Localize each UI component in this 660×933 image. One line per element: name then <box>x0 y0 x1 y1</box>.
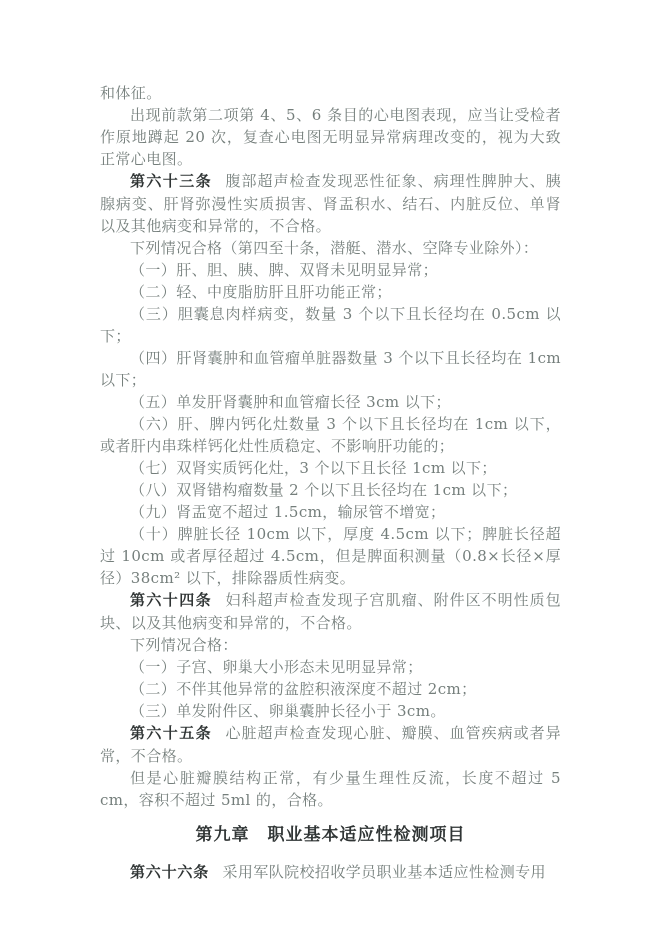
paragraph: （四）肝肾囊肿和血管瘤单脏器数量 3 个以下且长径均在 1cm 以下； <box>100 347 561 391</box>
paragraph: 出现前款第二项第 4、5、6 条目的心电图表现，应当让受检者作原地蹲起 20 次… <box>100 104 561 170</box>
paragraph: （二）轻、中度脂肪肝且肝功能正常； <box>100 281 561 303</box>
paragraph: 下列情况合格： <box>100 634 561 656</box>
paragraph: （七）双肾实质钙化灶，3 个以下且长径 1cm 以下； <box>100 457 561 479</box>
paragraph: 下列情况合格（第四至十条，潜艇、潜水、空降专业除外）： <box>100 237 561 259</box>
article-number: 第六十四条 <box>130 592 212 609</box>
paragraph: （三）单发附件区、卵巢囊肿长径小于 3cm。 <box>100 700 561 722</box>
paragraph: （九）肾盂宽不超过 1.5cm，输尿管不增宽； <box>100 501 561 523</box>
article-number: 第六十六条 <box>130 864 209 881</box>
article-paragraph: 第六十四条妇科超声检查发现子宫肌瘤、附件区不明性质包块、以及其他病变和异常的，不… <box>100 589 561 634</box>
paragraph: （一）肝、胆、胰、脾、双肾未见明显异常； <box>100 259 561 281</box>
paragraph: 和体征。 <box>100 82 561 104</box>
article-text: 采用军队院校招收学员职业基本适应性检测专用 <box>223 863 546 881</box>
text-block: 和体征。出现前款第二项第 4、5、6 条目的心电图表现，应当让受检者作原地蹲起 … <box>100 82 561 884</box>
paragraph: （十）脾脏长径 10cm 以下，厚度 4.5cm 以下；脾脏长径超过 10cm … <box>100 523 561 589</box>
chapter-heading: 第九章 职业基本适应性检测项目 <box>100 824 561 846</box>
paragraph: （二）不伴其他异常的盆腔积液深度不超过 2cm； <box>100 678 561 700</box>
paragraph: （一）子宫、卵巢大小形态未见明显异常； <box>100 656 561 678</box>
article-paragraph: 第六十六条采用军队院校招收学员职业基本适应性检测专用 <box>100 861 561 884</box>
article-paragraph: 第六十五条心脏超声检查发现心脏、瓣膜、血管疾病或者异常，不合格。 <box>100 722 561 767</box>
article-number: 第六十三条 <box>130 173 212 190</box>
paragraph: （八）双肾错构瘤数量 2 个以下且长径均在 1cm 以下； <box>100 479 561 501</box>
article-number: 第六十五条 <box>130 725 212 742</box>
document-page: 和体征。出现前款第二项第 4、5、6 条目的心电图表现，应当让受检者作原地蹲起 … <box>0 0 660 933</box>
article-paragraph: 第六十三条腹部超声检查发现恶性征象、病理性脾肿大、胰腺病变、肝肾弥漫性实质损害、… <box>100 170 561 237</box>
paragraph: （三）胆囊息肉样病变，数量 3 个以下且长径均在 0.5cm 以下； <box>100 303 561 347</box>
paragraph: （五）单发肝肾囊肿和血管瘤长径 3cm 以下； <box>100 391 561 413</box>
paragraph: 但是心脏瓣膜结构正常，有少量生理性反流，长度不超过 5 cm，容积不超过 5ml… <box>100 767 561 811</box>
paragraph: （六）肝、脾内钙化灶数量 3 个以下且长径均在 1cm 以下，或者肝内串珠样钙化… <box>100 413 561 457</box>
